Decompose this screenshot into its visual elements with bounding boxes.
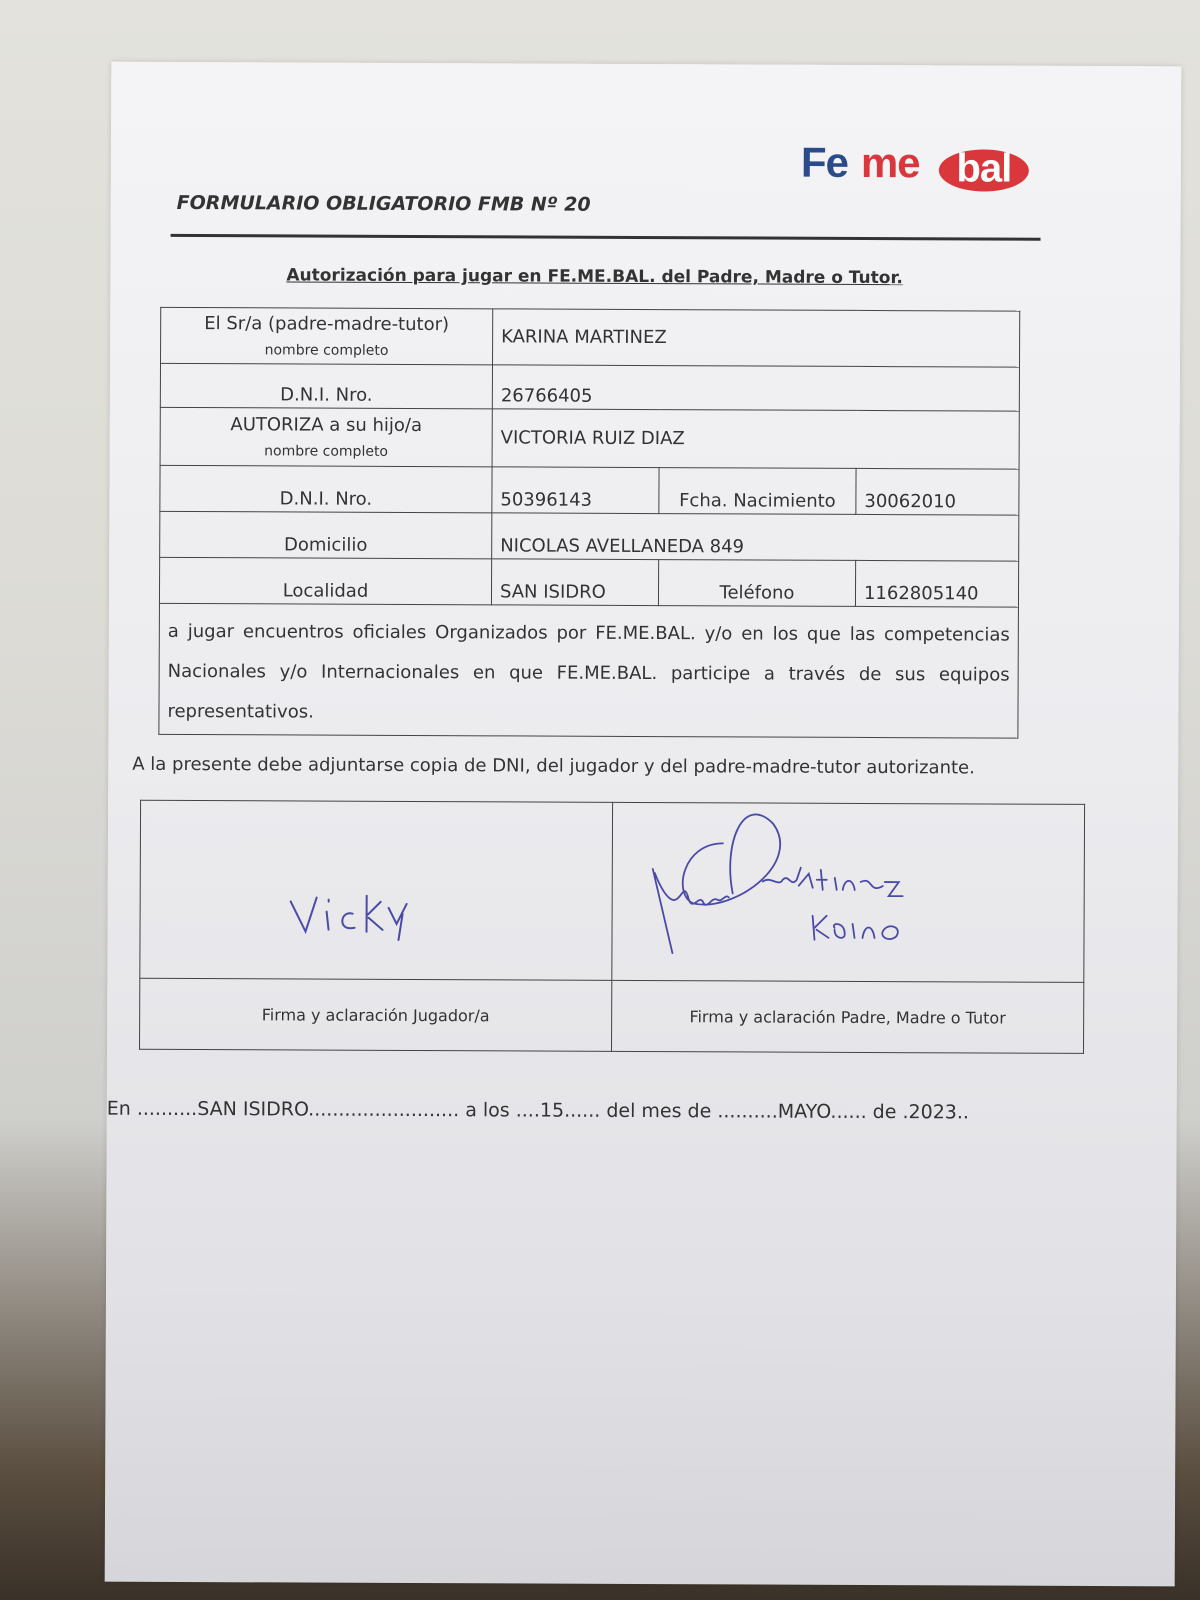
date-suffix: .. bbox=[957, 1101, 969, 1123]
date-day-field[interactable]: 15 bbox=[540, 1100, 564, 1122]
table-row: AUTORIZA a su hijo/a nombre completo VIC… bbox=[160, 407, 1019, 469]
date-mid-2: ...... del mes de .......... bbox=[564, 1100, 778, 1123]
date-place-field[interactable]: SAN ISIDRO bbox=[197, 1098, 308, 1120]
child-name-field[interactable]: VICTORIA RUIZ DIAZ bbox=[492, 409, 1019, 469]
tutor-sublabel: nombre completo bbox=[169, 342, 484, 359]
table-row: Localidad SAN ISIDRO Teléfono 1162805140 bbox=[159, 557, 1018, 607]
parent-signature-box[interactable] bbox=[612, 802, 1085, 982]
player-signature-label: Firma y aclaración Jugador/a bbox=[140, 978, 612, 1051]
date-month-field[interactable]: MAYO bbox=[778, 1101, 831, 1123]
child-label-cell: AUTORIZA a su hijo/a nombre completo bbox=[160, 407, 492, 466]
title-divider bbox=[171, 234, 1041, 241]
logo-me: me bbox=[861, 139, 920, 187]
table-row: D.N.I. Nro. 26766405 bbox=[160, 363, 1019, 411]
tutor-name-field[interactable]: KARINA MARTINEZ bbox=[493, 309, 1020, 367]
address-label: Domicilio bbox=[160, 511, 492, 558]
date-place-line: En ..........SAN ISIDRO.................… bbox=[107, 1098, 969, 1124]
attachment-note: A la presente debe adjuntarse copia de D… bbox=[132, 754, 975, 779]
signature-table: Vicky Firma y aclaración Jugador/a Firma… bbox=[139, 800, 1085, 1054]
birth-date-label: Fcha. Nacimiento bbox=[659, 468, 856, 515]
child-sublabel: nombre completo bbox=[169, 443, 484, 460]
date-mid-1: ......................... a los .... bbox=[308, 1099, 540, 1122]
child-dni-label: D.N.I. Nro. bbox=[160, 465, 492, 512]
authorization-text: a jugar encuentros oficiales Organizados… bbox=[159, 603, 1019, 738]
date-year-field[interactable]: 2023 bbox=[908, 1101, 956, 1123]
table-row: El Sr/a (padre-madre-tutor) nombre compl… bbox=[161, 307, 1020, 367]
table-row: D.N.I. Nro. 50396143 Fcha. Nacimiento 30… bbox=[160, 465, 1019, 515]
tutor-dni-field[interactable]: 26766405 bbox=[492, 365, 1019, 411]
parent-signature bbox=[612, 803, 1083, 980]
form-title: FORMULARIO OBLIGATORIO FMB Nº 20 bbox=[177, 192, 591, 216]
parent-signature-label: Firma y aclaración Padre, Madre o Tutor bbox=[612, 980, 1084, 1053]
table-row: Domicilio NICOLAS AVELLANEDA 849 bbox=[160, 511, 1019, 561]
tutor-label-cell: El Sr/a (padre-madre-tutor) nombre compl… bbox=[161, 307, 493, 364]
form-subtitle: Autorización para jugar en FE.ME.BAL. de… bbox=[286, 265, 903, 288]
player-signature: Vicky bbox=[140, 801, 611, 978]
authorization-table: El Sr/a (padre-madre-tutor) nombre compl… bbox=[158, 307, 1020, 739]
city-label: Localidad bbox=[159, 557, 491, 604]
child-label: AUTORIZA a su hijo/a bbox=[169, 414, 484, 436]
date-prefix: En .......... bbox=[107, 1098, 198, 1120]
logo-fe: Fe bbox=[801, 139, 848, 187]
table-row: a jugar encuentros oficiales Organizados… bbox=[159, 603, 1019, 738]
date-mid-3: ...... de . bbox=[830, 1101, 908, 1123]
phone-field[interactable]: 1162805140 bbox=[855, 560, 1018, 607]
form-paper: Fe me bal FORMULARIO OBLIGATORIO FMB Nº … bbox=[105, 62, 1182, 1587]
player-signature-box[interactable]: Vicky bbox=[140, 800, 613, 980]
address-field[interactable]: NICOLAS AVELLANEDA 849 bbox=[492, 513, 1019, 561]
svg-text:Vicky: Vicky bbox=[141, 801, 183, 805]
phone-label: Teléfono bbox=[658, 560, 855, 607]
tutor-dni-label: D.N.I. Nro. bbox=[160, 363, 492, 408]
city-field[interactable]: SAN ISIDRO bbox=[491, 559, 658, 606]
child-dni-field[interactable]: 50396143 bbox=[492, 467, 659, 514]
logo-bal: bal bbox=[939, 149, 1029, 191]
birth-date-field[interactable]: 30062010 bbox=[856, 468, 1019, 515]
tutor-label: El Sr/a (padre-madre-tutor) bbox=[169, 313, 484, 335]
